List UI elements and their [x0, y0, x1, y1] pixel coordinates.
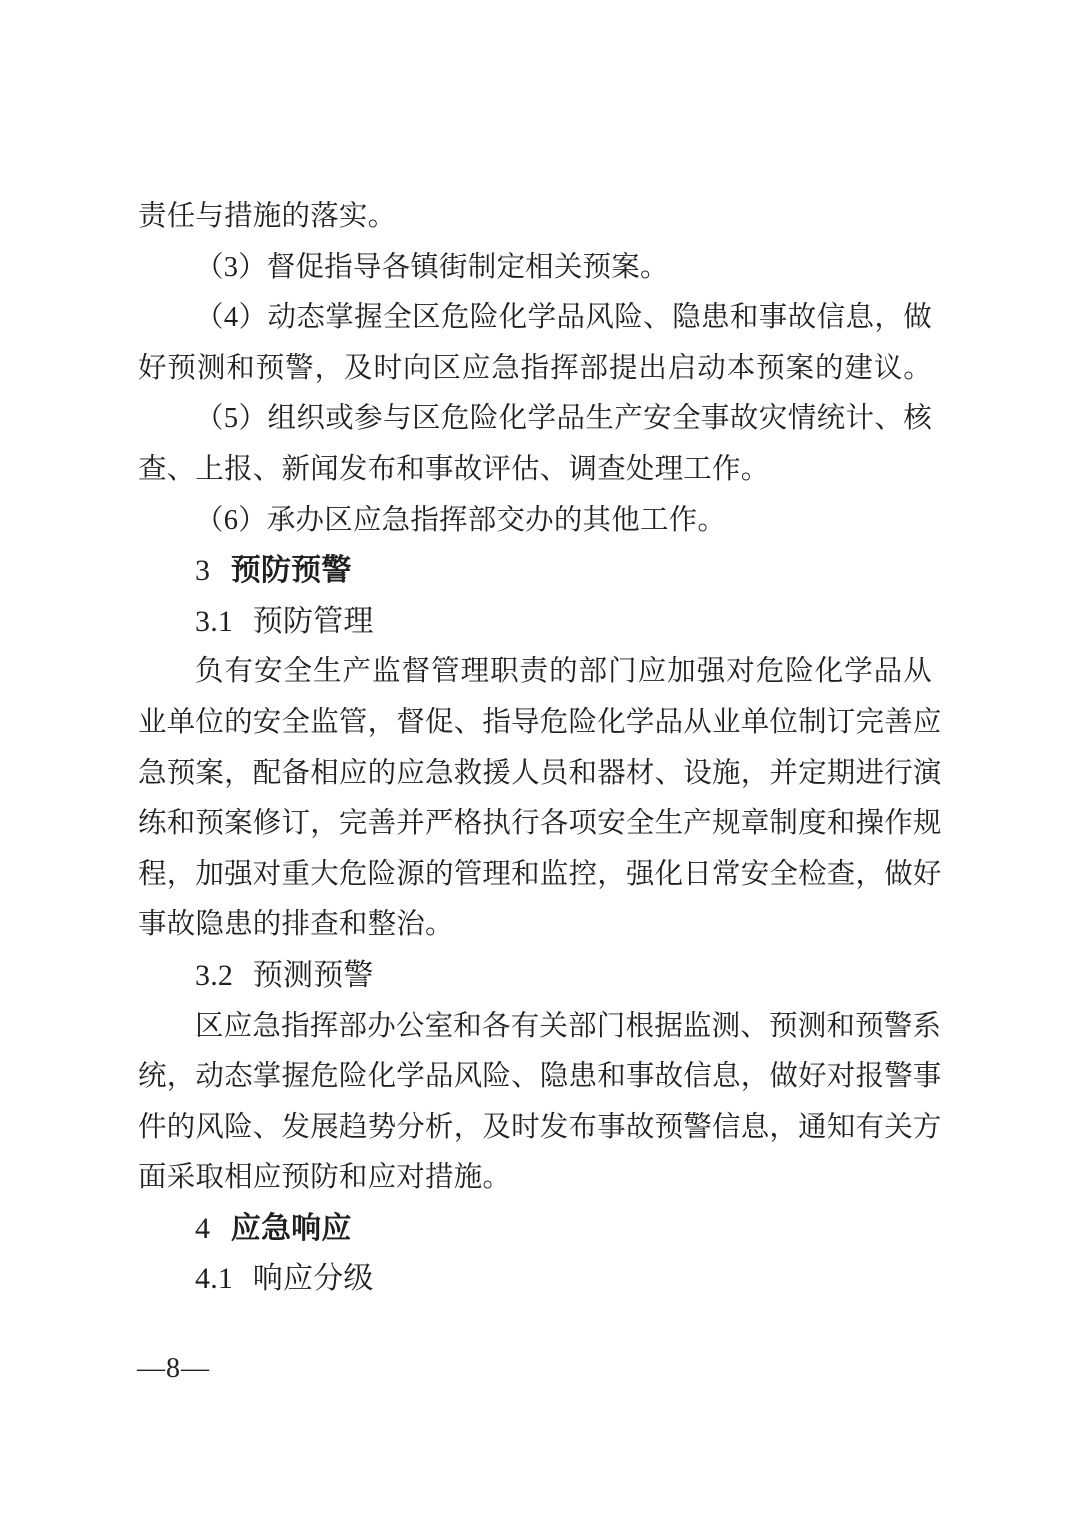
section-heading: 4 应急响应 [138, 1204, 932, 1255]
text-line: （5）组织或参与区危险化学品生产安全事故灾情统计、核 [138, 394, 932, 445]
text-line: （4）动态掌握全区危险化学品风险、隐患和事故信息，做 [138, 293, 932, 344]
text-line: 业单位的安全监管，督促、指导危险化学品从业单位制订完善应 [138, 698, 932, 749]
document-page: 责任与措施的落实。（3）督促指导各镇街制定相关预案。（4）动态掌握全区危险化学品… [0, 0, 1074, 1520]
text-line: 统，动态掌握危险化学品风险、隐患和事故信息，做好对报警事 [138, 1052, 932, 1103]
text-line: 面采取相应预防和应对措施。 [138, 1153, 932, 1204]
text-line: （6）承办区应急指挥部交办的其他工作。 [138, 496, 932, 547]
page-number: —8— [137, 1344, 210, 1394]
section-heading: 3 预防预警 [138, 546, 932, 597]
text-line: 事故隐患的排查和整治。 [138, 900, 932, 951]
document-body: 责任与措施的落实。（3）督促指导各镇街制定相关预案。（4）动态掌握全区危险化学品… [138, 192, 932, 1305]
subsection-heading: 4.1 响应分级 [138, 1254, 932, 1305]
text-line: （3）督促指导各镇街制定相关预案。 [138, 243, 932, 294]
text-line: 急预案，配备相应的应急救援人员和器材、设施，并定期进行演 [138, 749, 932, 800]
subsection-heading: 3.2 预测预警 [138, 951, 932, 1002]
text-line: 件的风险、发展趋势分析，及时发布事故预警信息，通知有关方 [138, 1103, 932, 1154]
text-line: 练和预案修订，完善并严格执行各项安全生产规章制度和操作规 [138, 799, 932, 850]
text-line: 查、上报、新闻发布和事故评估、调查处理工作。 [138, 445, 932, 496]
text-line: 负有安全生产监督管理职责的部门应加强对危险化学品从 [138, 647, 932, 698]
text-line: 好预测和预警，及时向区应急指挥部提出启动本预案的建议。 [138, 344, 932, 395]
text-line: 责任与措施的落实。 [138, 192, 932, 243]
text-line: 区应急指挥部办公室和各有关部门根据监测、预测和预警系 [138, 1002, 932, 1053]
subsection-heading: 3.1 预防管理 [138, 597, 932, 648]
text-line: 程，加强对重大危险源的管理和监控，强化日常安全检查，做好 [138, 850, 932, 901]
